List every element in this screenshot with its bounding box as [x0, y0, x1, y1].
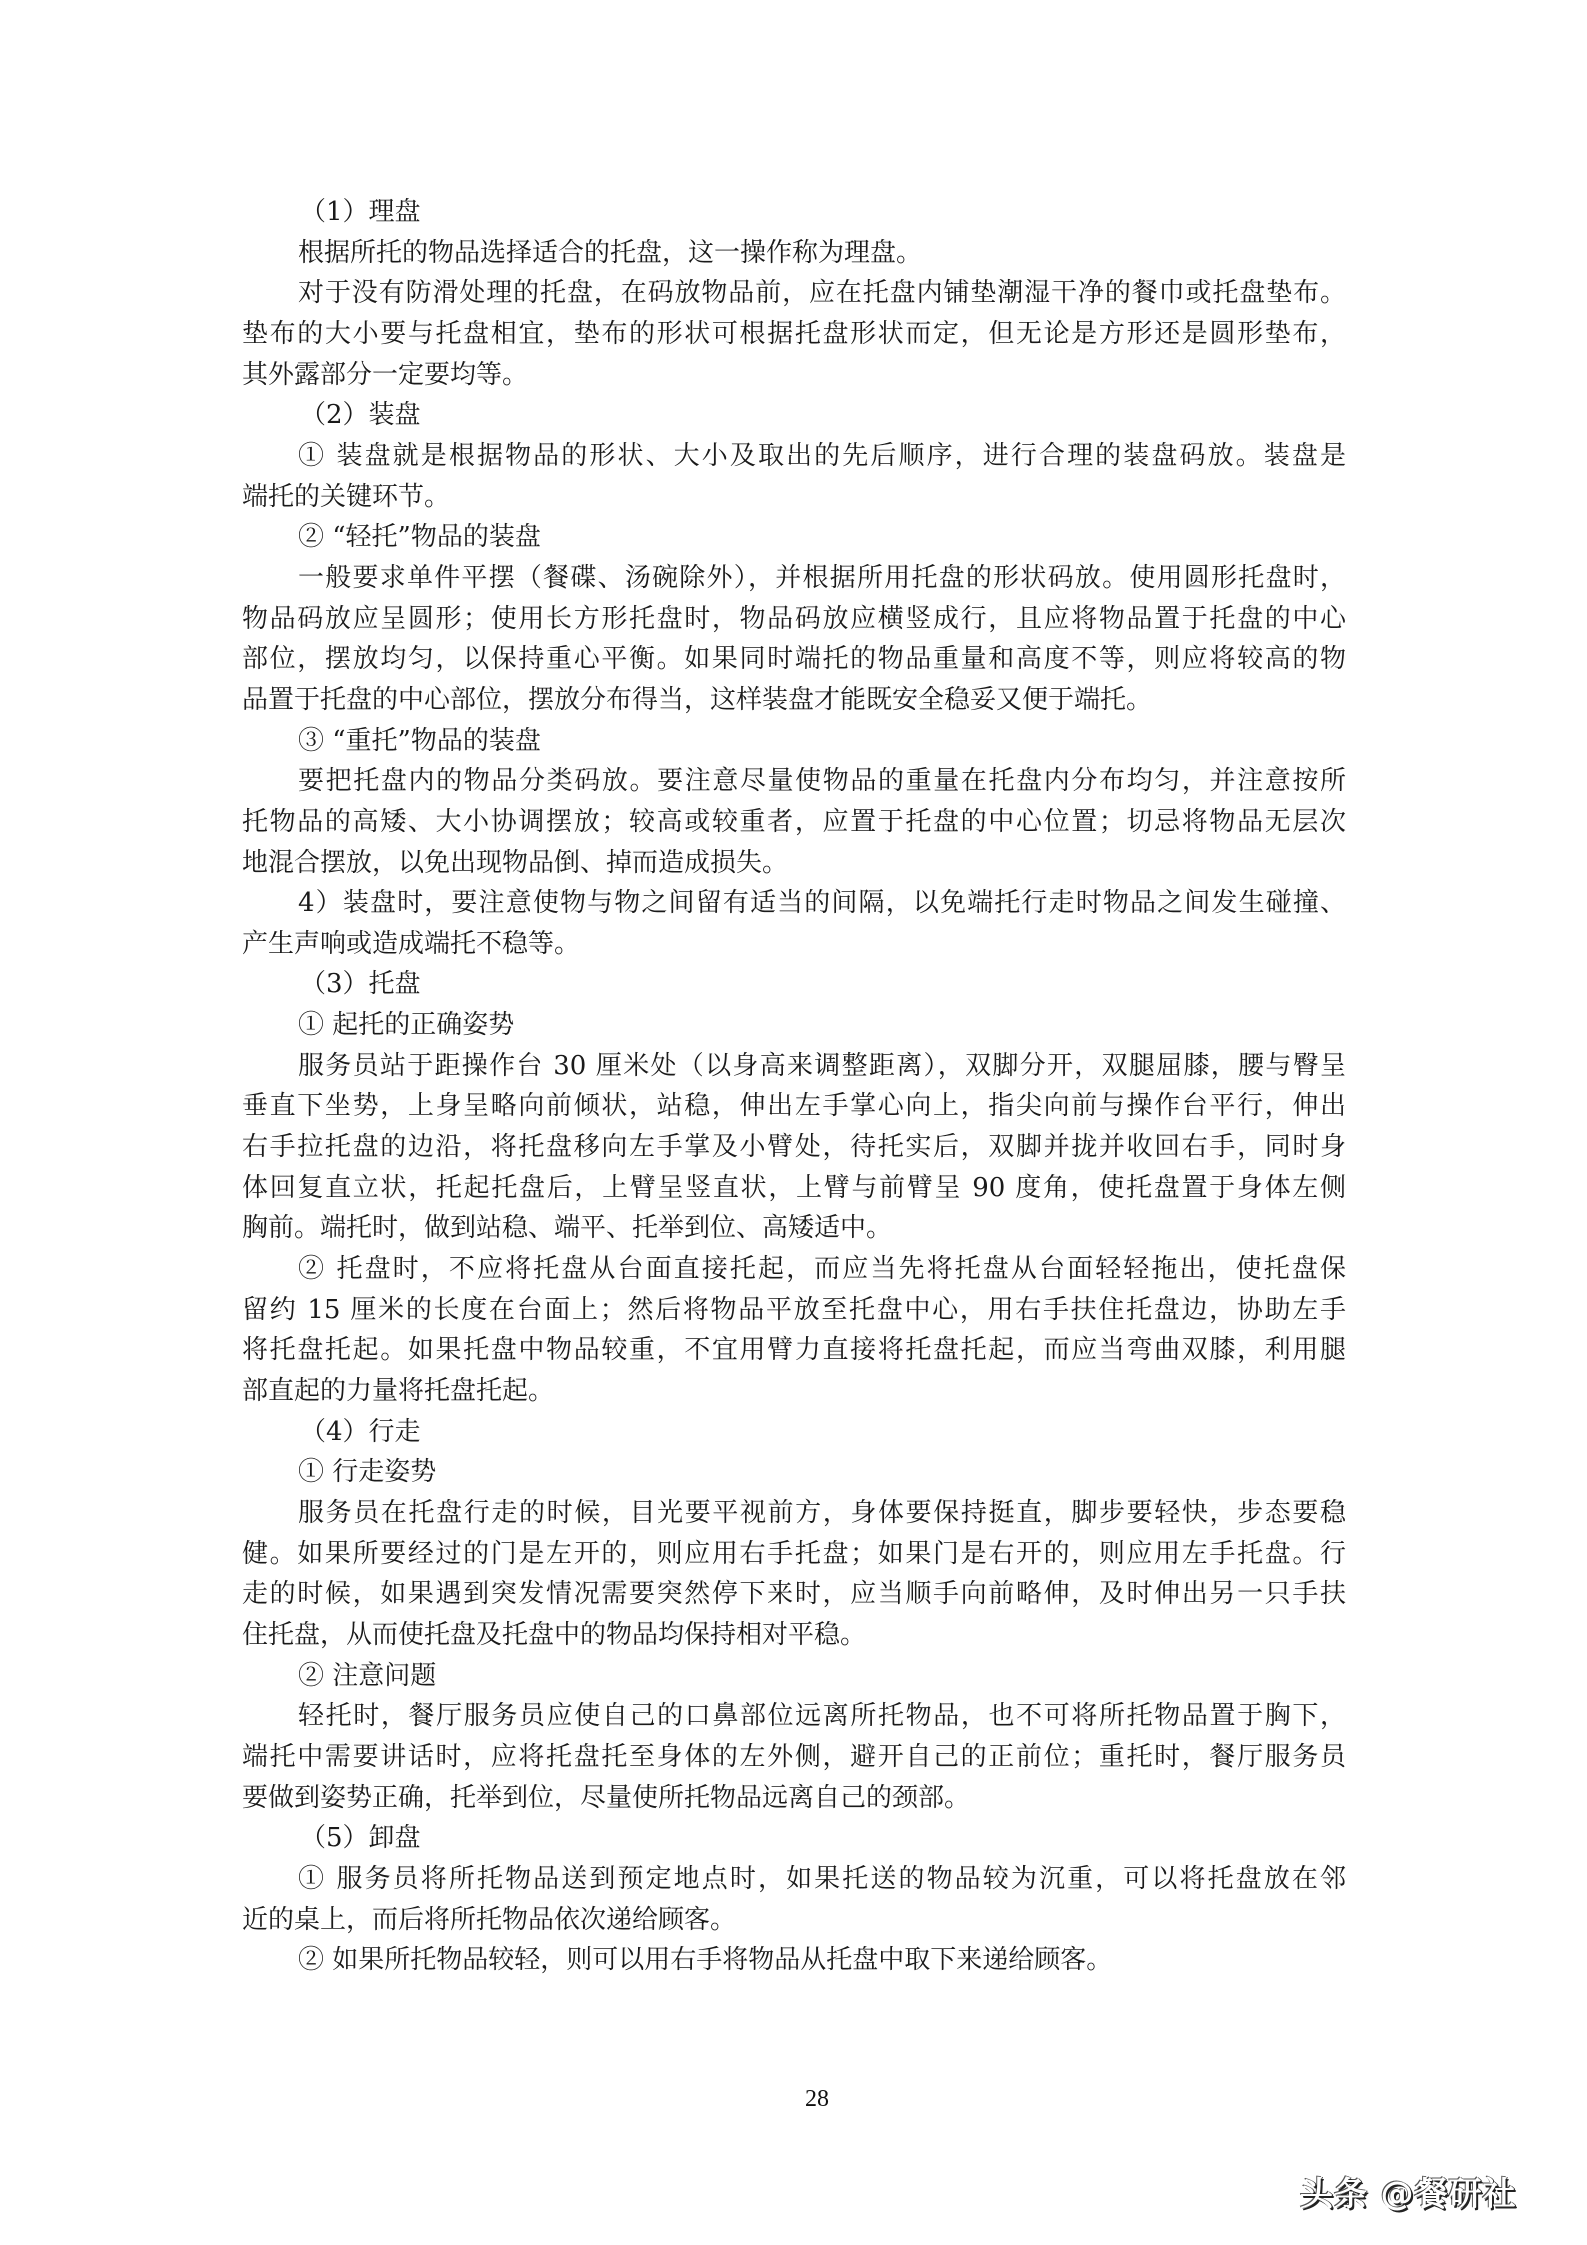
paragraph-line: ② 托盘时，不应将托盘从台面直接托起，而应当先将托盘从台面轻轻拖出，使托盘保: [242, 1249, 1346, 1290]
paragraph-line: 部直起的力量将托盘托起。: [242, 1371, 1346, 1412]
watermark: 头条 @餐研社: [1300, 2168, 1517, 2215]
section-heading: （3）托盘: [242, 964, 1346, 1005]
section-zhuang-pan: （2）装盘 ① 装盘就是根据物品的形状、大小及取出的先后顺序，进行合理的装盘码放…: [242, 395, 1346, 964]
subheading: ③ “重托”物品的装盘: [242, 721, 1346, 762]
paragraph-line: 近的桌上，而后将所托物品依次递给顾客。: [242, 1900, 1346, 1941]
page-number: 28: [793, 2086, 841, 2113]
paragraph-line: 走的时候，如果遇到突发情况需要突然停下来时，应当顺手向前略伸，及时伸出另一只手扶: [242, 1574, 1346, 1615]
paragraph-line: 根据所托的物品选择适合的托盘，这一操作称为理盘。: [242, 233, 1346, 274]
paragraph-line: 垫布的大小要与托盘相宜，垫布的形状可根据托盘形状而定，但无论是方形还是圆形垫布，: [242, 314, 1346, 355]
paragraph-line: 住托盘，从而使托盘及托盘中的物品均保持相对平稳。: [242, 1615, 1346, 1656]
paragraph-line: 服务员在托盘行走的时候，目光要平视前方，身体要保持挺直，脚步要轻快，步态要稳: [242, 1493, 1346, 1534]
paragraph-line: 服务员站于距操作台 30 厘米处（以身高来调整距离），双脚分开，双腿屈膝，腰与臀…: [242, 1046, 1346, 1087]
paragraph-line: 端托中需要讲话时，应将托盘托至身体的左外侧，避开自己的正前位；重托时，餐厅服务员: [242, 1737, 1346, 1778]
paragraph-line: 体回复直立状，托起托盘后，上臂呈竖直状，上臂与前臂呈 90 度角，使托盘置于身体…: [242, 1168, 1346, 1209]
paragraph-line: 产生声响或造成端托不稳等。: [242, 924, 1346, 965]
paragraph-line: 胸前。端托时，做到站稳、端平、托举到位、高矮适中。: [242, 1208, 1346, 1249]
paragraph-line: 一般要求单件平摆（餐碟、汤碗除外），并根据所用托盘的形状码放。使用圆形托盘时，: [242, 558, 1346, 599]
paragraph-line: 物品码放应呈圆形；使用长方形托盘时，物品码放应横竖成行，且应将物品置于托盘的中心: [242, 599, 1346, 640]
paragraph-line: 将托盘托起。如果托盘中物品较重，不宜用臂力直接将托盘托起，而应当弯曲双膝，利用腿: [242, 1330, 1346, 1371]
subheading: ① 行走姿势: [242, 1452, 1346, 1493]
subheading: ② “轻托”物品的装盘: [242, 517, 1346, 558]
paragraph-line: 部位，摆放均匀，以保持重心平衡。如果同时端托的物品重量和高度不等，则应将较高的物: [242, 639, 1346, 680]
paragraph-line: 品置于托盘的中心部位，摆放分布得当，这样装盘才能既安全稳妥又便于端托。: [242, 680, 1346, 721]
paragraph-line: ① 装盘就是根据物品的形状、大小及取出的先后顺序，进行合理的装盘码放。装盘是: [242, 436, 1346, 477]
section-xie-pan: （5）卸盘 ① 服务员将所托物品送到预定地点时，如果托送的物品较为沉重，可以将托…: [242, 1818, 1346, 1981]
paragraph-line: 留约 15 厘米的长度在台面上；然后将物品平放至托盘中心，用右手扶住托盘边，协助…: [242, 1290, 1346, 1331]
section-heading: （5）卸盘: [242, 1818, 1346, 1859]
paragraph-line: 轻托时，餐厅服务员应使自己的口鼻部位远离所托物品，也不可将所托物品置于胸下，: [242, 1696, 1346, 1737]
section-li-pan: （1）理盘 根据所托的物品选择适合的托盘，这一操作称为理盘。 对于没有防滑处理的…: [242, 192, 1346, 395]
section-tuo-pan: （3）托盘 ① 起托的正确姿势 服务员站于距操作台 30 厘米处（以身高来调整距…: [242, 964, 1346, 1411]
subheading: ① 起托的正确姿势: [242, 1005, 1346, 1046]
section-xing-zou: （4）行走 ① 行走姿势 服务员在托盘行走的时候，目光要平视前方，身体要保持挺直…: [242, 1412, 1346, 1819]
subheading: ② 注意问题: [242, 1656, 1346, 1697]
section-heading: （2）装盘: [242, 395, 1346, 436]
paragraph-line: ① 服务员将所托物品送到预定地点时，如果托送的物品较为沉重，可以将托盘放在邻: [242, 1859, 1346, 1900]
paragraph-line: 右手拉托盘的边沿，将托盘移向左手掌及小臂处，待托实后，双脚并拢并收回右手，同时身: [242, 1127, 1346, 1168]
section-heading: （4）行走: [242, 1412, 1346, 1453]
document-body: （1）理盘 根据所托的物品选择适合的托盘，这一操作称为理盘。 对于没有防滑处理的…: [242, 192, 1346, 1981]
paragraph-line: 地混合摆放，以免出现物品倒、掉而造成损失。: [242, 843, 1346, 884]
paragraph-line: 托物品的高矮、大小协调摆放；较高或较重者，应置于托盘的中心位置；切忌将物品无层次: [242, 802, 1346, 843]
paragraph-line: ② 如果所托物品较轻，则可以用右手将物品从托盘中取下来递给顾客。: [242, 1940, 1346, 1981]
paragraph-line: 要把托盘内的物品分类码放。要注意尽量使物品的重量在托盘内分布均匀，并注意按所: [242, 761, 1346, 802]
paragraph-line: 健。如果所要经过的门是左开的，则应用右手托盘；如果门是右开的，则应用左手托盘。行: [242, 1534, 1346, 1575]
section-heading: （1）理盘: [242, 192, 1346, 233]
paragraph-line: 要做到姿势正确，托举到位，尽量使所托物品远离自己的颈部。: [242, 1778, 1346, 1819]
paragraph-line: 对于没有防滑处理的托盘，在码放物品前，应在托盘内铺垫潮湿干净的餐巾或托盘垫布。: [242, 273, 1346, 314]
paragraph-line: 端托的关键环节。: [242, 477, 1346, 518]
paragraph-line: 其外露部分一定要均等。: [242, 355, 1346, 396]
paragraph-line: 垂直下坐势，上身呈略向前倾状，站稳，伸出左手掌心向上，指尖向前与操作台平行，伸出: [242, 1086, 1346, 1127]
paragraph-line: 4）装盘时，要注意使物与物之间留有适当的间隔，以免端托行走时物品之间发生碰撞、: [242, 883, 1346, 924]
